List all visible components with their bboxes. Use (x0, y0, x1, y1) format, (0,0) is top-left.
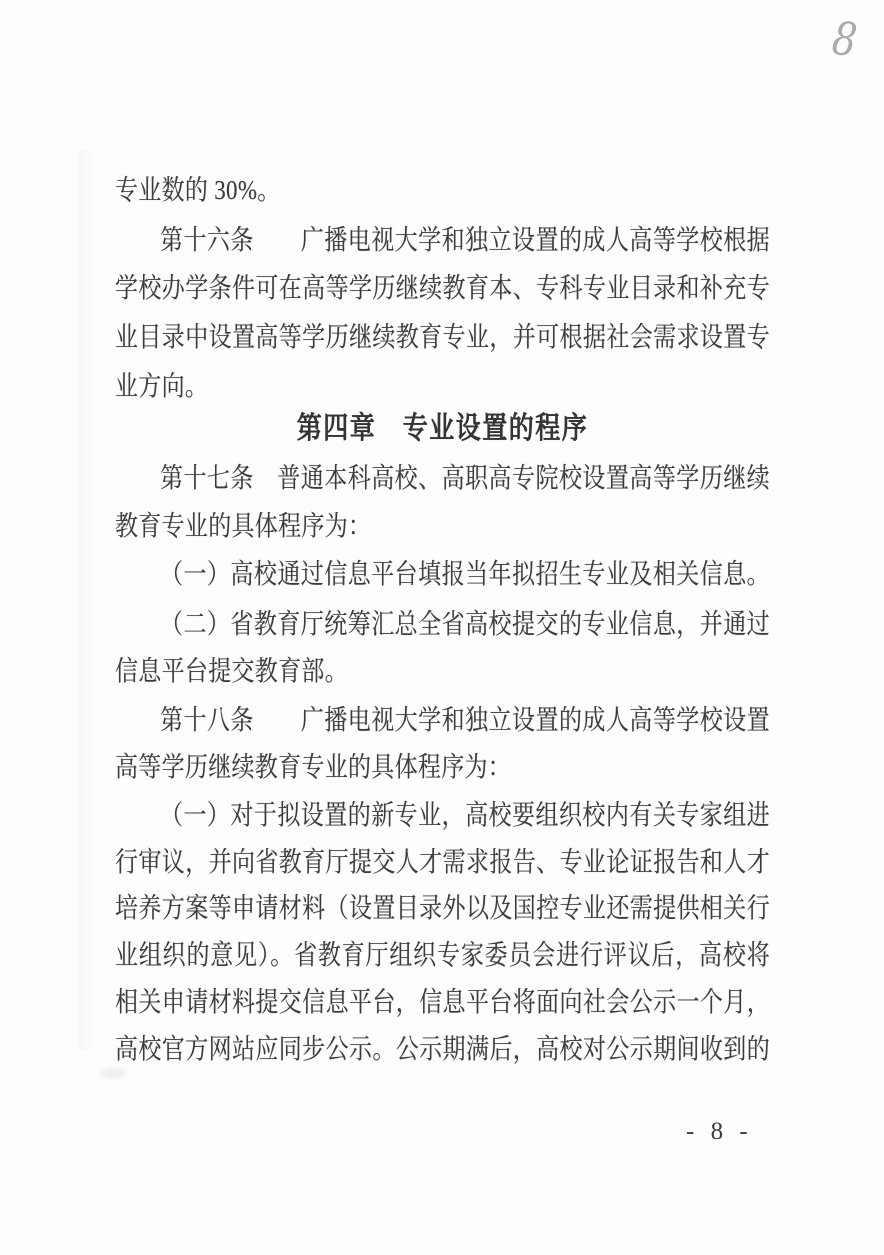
text-line: 第十八条 广播电视大学和独立设置的成人高等学校设置 (115, 702, 770, 740)
text-line: 相关申请材料提交信息平台，信息平台将面向社会公示一个月， (115, 984, 770, 1022)
document-page: 8 专业数的 30%。 第十六条 广播电视大学和独立设置的成人高等学校根据 学校… (0, 0, 884, 1255)
handwritten-page-number: 8 (830, 15, 859, 64)
text-line: 业组织的意见）。省教育厅组织专家委员会进行评议后，高校将 (115, 937, 770, 975)
text-line: 培养方案等申请材料（设置目录外以及国控专业还需提供相关行 (115, 890, 770, 928)
page-number-footer: - 8 - (686, 1118, 753, 1146)
text-line: 第十六条 广播电视大学和独立设置的成人高等学校根据 (115, 222, 770, 260)
text-line: 高校官方网站应同步公示。公示期满后，高校对公示期间收到的 (115, 1031, 770, 1069)
scan-streak-artifact (78, 150, 98, 1050)
text-line: 业目录中设置高等学历继续教育专业，并可根据社会需求设置专 (115, 319, 770, 357)
text-line: 行审议，并向省教育厅提交人才需求报告、专业论证报告和人才 (115, 844, 770, 882)
text-line: （二）省教育厅统筹汇总全省高校提交的专业信息，并通过 (115, 606, 770, 644)
text-line: 教育专业的具体程序为： (115, 508, 770, 546)
text-line: （一）高校通过信息平台填报当年拟招生专业及相关信息。 (115, 556, 770, 594)
text-line: 信息平台提交教育部。 (115, 653, 770, 691)
text-line: 第十七条 普通本科高校、高职高专院校设置高等学历继续 (115, 460, 770, 498)
text-line: 学校办学条件可在高等学历继续教育本、专科专业目录和补充专 (115, 270, 770, 308)
chapter-heading: 第四章 专业设置的程序 (115, 408, 770, 449)
text-line: 业方向。 (115, 368, 770, 406)
text-line: 专业数的 30%。 (115, 172, 770, 210)
text-line: （一）对于拟设置的新专业，高校要组织校内有关专家组进 (115, 797, 770, 835)
scan-smudge-artifact (100, 1068, 126, 1078)
text-line: 高等学历继续教育专业的具体程序为： (115, 749, 770, 787)
